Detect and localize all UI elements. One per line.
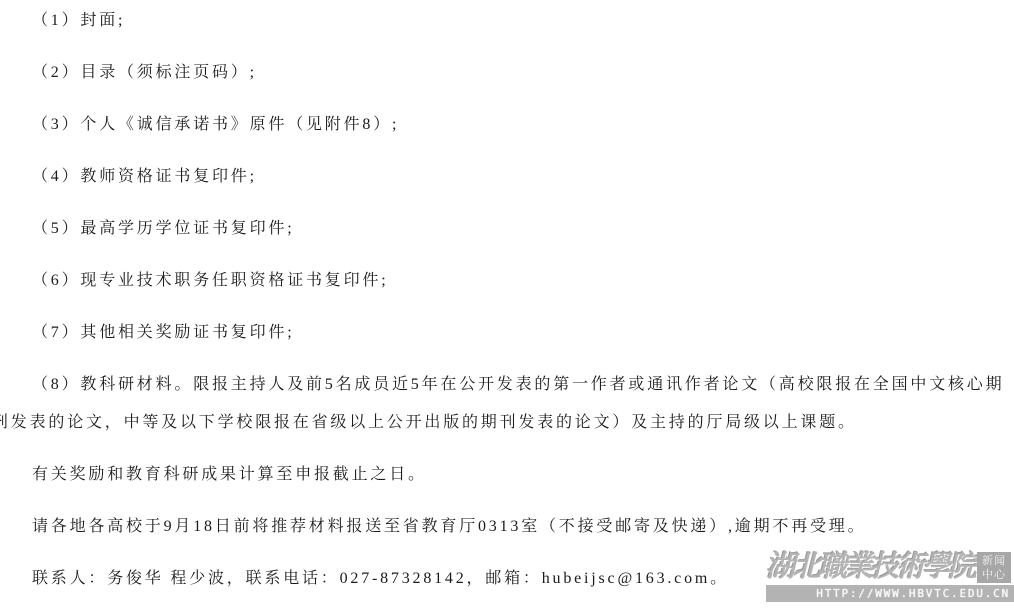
notice-body: （1）封面; （2）目录（须标注页码）; （3）个人《诚信承诺书》原件（见附件8… bbox=[0, 2, 1014, 598]
list-item-8-research-materials: （8）教科研材料。限报主持人及前5名成员近5年在公开发表的第一作者或通讯作者论文… bbox=[0, 366, 1014, 442]
contact-info-line: 联系人：务俊华 程少波，联系电话：027-87328142，邮箱：hubeijs… bbox=[0, 560, 1014, 598]
list-item-3-integrity-letter: （3）个人《诚信承诺书》原件（见附件8）; bbox=[0, 106, 1014, 144]
list-item-2-toc: （2）目录（须标注页码）; bbox=[0, 54, 1014, 92]
list-item-4-teacher-certificate: （4）教师资格证书复印件; bbox=[0, 158, 1014, 196]
list-item-5-degree-certificate: （5）最高学历学位证书复印件; bbox=[0, 210, 1014, 248]
list-item-1-cover: （1）封面; bbox=[0, 2, 1014, 40]
note-deadline-calculation: 有关奖励和教育科研成果计算至申报截止之日。 bbox=[0, 456, 1014, 494]
list-item-6-professional-title-certificate: （6）现专业技术职务任职资格证书复印件; bbox=[0, 262, 1014, 300]
list-item-7-award-certificates: （7）其他相关奖励证书复印件; bbox=[0, 314, 1014, 352]
note-submission-instructions: 请各地各高校于9月18日前将推荐材料报送至省教育厅0313室（不接受邮寄及快递）… bbox=[0, 508, 1014, 546]
